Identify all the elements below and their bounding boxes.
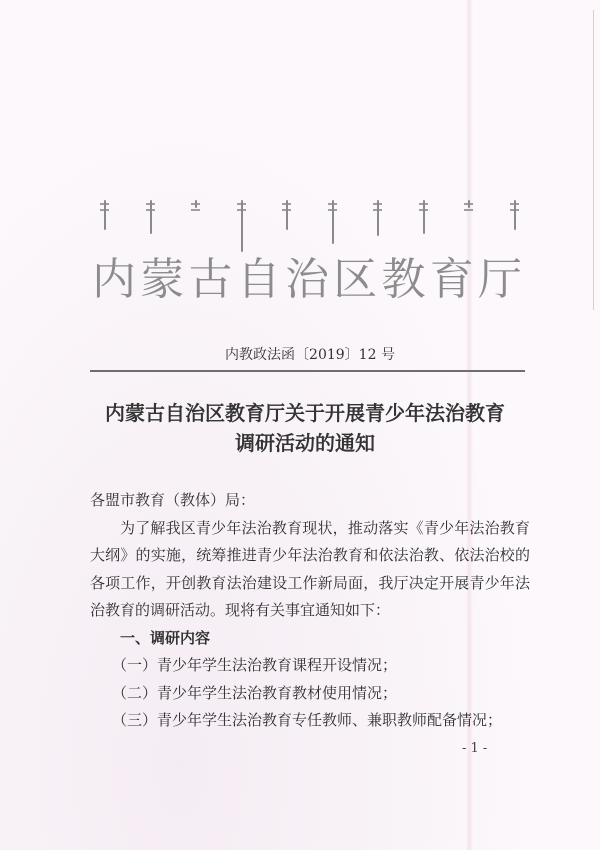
list-item: （一）青少年学生法治教育课程开设情况； (90, 652, 530, 680)
mongolian-word (328, 200, 338, 244)
org-name-char: 教 (382, 252, 426, 308)
list-item: （三）青少年学生法治教育专任教师、兼职教师配备情况； (90, 707, 530, 735)
header-divider (90, 370, 525, 372)
org-name-char: 自 (237, 252, 281, 308)
mongolian-word (146, 200, 156, 234)
page-edge-line (593, 10, 594, 310)
mongolian-word (510, 200, 520, 230)
org-name-char: 厅 (478, 252, 522, 308)
org-name-char: 区 (333, 252, 377, 308)
document-title-line-1: 内蒙古自治区教育厅关于开展青少年法治教育 (60, 398, 550, 428)
mongolian-word (464, 200, 474, 208)
document-body: 各盟市教育（教体）局： 为了解我区青少年法治教育现状，推动落实《青少年法治教育大… (90, 487, 530, 735)
mongolian-word (373, 200, 383, 236)
org-name-char: 古 (189, 252, 233, 308)
list-item: （二）青少年学生法治教育教材使用情况； (90, 680, 530, 708)
section-heading-1: 一、调研内容 (90, 625, 530, 653)
org-name-char: 育 (430, 252, 474, 308)
document-number: 内教政法函〔2019〕12 号 (0, 345, 600, 365)
mongolian-word (282, 200, 292, 230)
document-title-line-2: 调研活动的通知 (60, 428, 550, 458)
mongolian-word (191, 200, 201, 208)
mongolian-word (419, 200, 429, 234)
org-name-char: 治 (285, 252, 329, 308)
mongolian-word (237, 200, 247, 252)
mongolian-word (100, 200, 110, 230)
document-number-text: 内教政法函〔2019〕12 号 (205, 345, 395, 365)
page-number: - 1 - (462, 740, 487, 758)
org-name-char: 蒙 (140, 252, 184, 308)
salutation: 各盟市教育（教体）局： (90, 487, 530, 515)
letterhead-mongolian-script (100, 200, 520, 252)
org-name-char: 内 (92, 252, 136, 308)
letterhead-org-name: 内 蒙 古 自 治 区 教 育 厅 (92, 252, 522, 308)
intro-paragraph: 为了解我区青少年法治教育现状，推动落实《青少年法治教育大纲》的实施，统筹推进青少… (90, 515, 530, 625)
document-title: 内蒙古自治区教育厅关于开展青少年法治教育 调研活动的通知 (60, 398, 550, 458)
document-page: 内 蒙 古 自 治 区 教 育 厅 内教政法函〔2019〕12 号 内蒙古自治区… (0, 0, 600, 850)
